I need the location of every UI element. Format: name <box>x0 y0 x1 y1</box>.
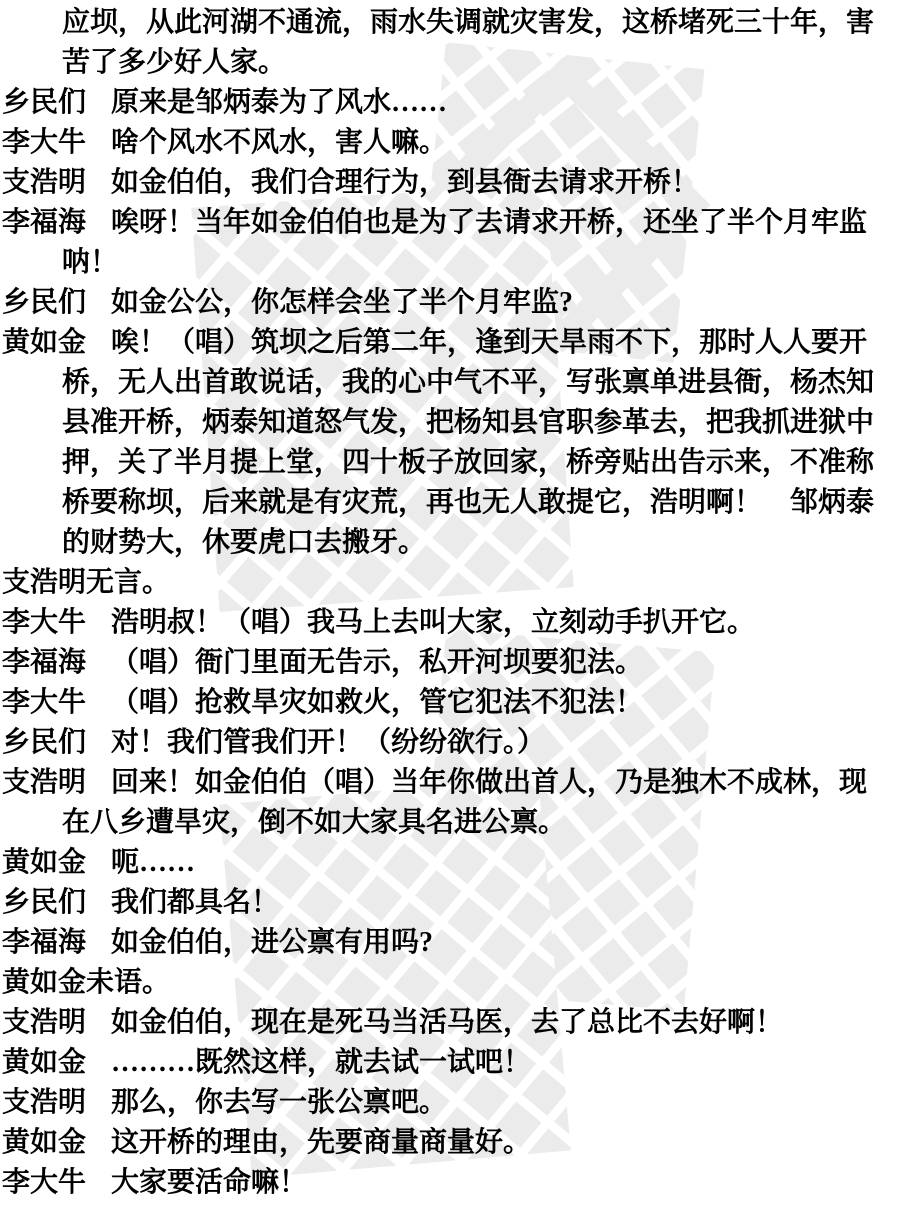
line-text: 呃…… <box>111 847 195 878</box>
dialogue-line: 乡民们我们都具名！ <box>2 883 884 923</box>
script-page: { "page": { "width": 900, "height": 1205… <box>0 0 900 1205</box>
speaker-name: 李福海 <box>2 923 111 963</box>
dialogue-line: 支浩明那么，你去写一张公禀吧。 <box>2 1083 884 1123</box>
dialogue-line: 李大牛浩明叔！（唱）我马上去叫大家，立刻动手扒开它。 <box>2 603 884 643</box>
dialogue-line: 李福海唉呀！当年如金伯伯也是为了去请求开桥，还坐了半个月牢监 <box>2 203 884 243</box>
line-text: 在八乡遭旱灾，倒不如大家具名进公禀。 <box>62 807 566 838</box>
dialogue-line: 乡民们对！我们管我们开！（纷纷欲行。） <box>2 723 884 763</box>
dialogue-line: 黄如金………既然这样，就去试一试吧！ <box>2 1043 884 1083</box>
line-text: 这开桥的理由，先要商量商量好。 <box>111 1127 531 1158</box>
dialogue-line: 支浩明如金伯伯，我们合理行为，到县衙去请求开桥！ <box>2 163 884 203</box>
line-text: 对！我们管我们开！（纷纷欲行。） <box>111 727 545 758</box>
wrapped-text-line: 桥，无人出首敢说话，我的心中气不平，写张禀单进县衙，杨杰知 <box>2 363 884 403</box>
line-text: 呐！ <box>62 247 118 278</box>
speaker-name: 黄如金 <box>2 843 111 883</box>
line-text: 桥要称坝，后来就是有灾荒，再也无人敢提它，浩明啊！ 邹炳泰 <box>62 487 874 518</box>
line-text: 县准开桥，炳泰知道怒气发，把杨知县官职参革去，把我抓进狱中 <box>62 407 874 438</box>
line-text: 押，关了半月提上堂，四十板子放回家，桥旁贴出告示来，不准称 <box>62 447 874 478</box>
speaker-name: 支浩明 <box>2 163 111 203</box>
dialogue-line: 李大牛啥个风水不风水，害人嘛。 <box>2 123 884 163</box>
dialogue-line: 黄如金这开桥的理由，先要商量商量好。 <box>2 1123 884 1163</box>
wrapped-text-line: 呐！ <box>2 243 884 283</box>
line-text: 大家要活命嘛！ <box>111 1167 307 1198</box>
line-text: 啥个风水不风水，害人嘛。 <box>111 127 447 158</box>
dialogue-line: 黄如金呃…… <box>2 843 884 883</box>
speaker-name: 黄如金 <box>2 1043 111 1083</box>
line-text: 回来！如金伯伯（唱）当年你做出首人，乃是独木不成林，现 <box>111 767 867 798</box>
speaker-name: 李大牛 <box>2 603 111 643</box>
line-text: 那么，你去写一张公禀吧。 <box>111 1087 447 1118</box>
line-text: 如金伯伯，现在是死马当活马医，去了总比不去好啊！ <box>111 1007 783 1038</box>
speaker-name: 乡民们 <box>2 883 111 923</box>
speaker-name: 黄如金 <box>2 323 111 363</box>
speaker-name: 李大牛 <box>2 123 111 163</box>
dialogue-line: 支浩明回来！如金伯伯（唱）当年你做出首人，乃是独木不成林，现 <box>2 763 884 803</box>
wrapped-text-line: 的财势大，休要虎口去搬牙。 <box>2 523 884 563</box>
line-text: 如金伯伯，进公禀有用吗? <box>111 927 433 958</box>
speaker-name: 乡民们 <box>2 283 111 323</box>
speaker-name: 乡民们 <box>2 83 111 123</box>
speaker-name: 支浩明 <box>2 1003 111 1043</box>
speaker-name: 李大牛 <box>2 683 111 723</box>
dialogue-line: 乡民们原来是邹炳泰为了风水…… <box>2 83 884 123</box>
line-text: （唱）抢救旱灾如救火，管它犯法不犯法！ <box>111 687 643 718</box>
script-body: 应坝，从此河湖不通流，雨水失调就灾害发，这桥堵死三十年，害苦了多少好人家。乡民们… <box>0 0 900 1205</box>
line-text: （唱）衙门里面无告示，私开河坝要犯法。 <box>111 647 643 678</box>
line-text: 黄如金未语。 <box>2 967 170 998</box>
stage-direction-line: 黄如金未语。 <box>2 963 884 1003</box>
line-text: 应坝，从此河湖不通流，雨水失调就灾害发，这桥堵死三十年，害 <box>62 7 874 38</box>
speaker-name: 李大牛 <box>2 1163 111 1203</box>
line-text: 浩明叔！（唱）我马上去叫大家，立刻动手扒开它。 <box>111 607 755 638</box>
line-text: 唉！（唱）筑坝之后第二年，逢到天旱雨不下，那时人人要开 <box>111 327 867 358</box>
line-text: 唉呀！当年如金伯伯也是为了去请求开桥，还坐了半个月牢监 <box>111 207 867 238</box>
dialogue-line: 李福海如金伯伯，进公禀有用吗? <box>2 923 884 963</box>
wrapped-text-line: 应坝，从此河湖不通流，雨水失调就灾害发，这桥堵死三十年，害 <box>2 3 884 43</box>
line-text: 原来是邹炳泰为了风水…… <box>111 87 447 118</box>
dialogue-line: 支浩明如金伯伯，现在是死马当活马医，去了总比不去好啊！ <box>2 1003 884 1043</box>
dialogue-line: 李大牛（唱）抢救旱灾如救火，管它犯法不犯法！ <box>2 683 884 723</box>
stage-direction-line: 支浩明无言。 <box>2 563 884 603</box>
wrapped-text-line: 县准开桥，炳泰知道怒气发，把杨知县官职参革去，把我抓进狱中 <box>2 403 884 443</box>
wrapped-text-line: 押，关了半月提上堂，四十板子放回家，桥旁贴出告示来，不准称 <box>2 443 884 483</box>
line-text: 苦了多少好人家。 <box>62 47 286 78</box>
speaker-name: 李福海 <box>2 643 111 683</box>
wrapped-text-line: 在八乡遭旱灾，倒不如大家具名进公禀。 <box>2 803 884 843</box>
line-text: 我们都具名！ <box>111 887 279 918</box>
speaker-name: 李福海 <box>2 203 111 243</box>
dialogue-line: 李福海（唱）衙门里面无告示，私开河坝要犯法。 <box>2 643 884 683</box>
speaker-name: 支浩明 <box>2 1083 111 1123</box>
dialogue-line: 李大牛大家要活命嘛！ <box>2 1163 884 1203</box>
speaker-name: 黄如金 <box>2 1123 111 1163</box>
speaker-name: 乡民们 <box>2 723 111 763</box>
line-text: 如金公公，你怎样会坐了半个月牢监? <box>111 287 573 318</box>
line-text: 如金伯伯，我们合理行为，到县衙去请求开桥！ <box>111 167 699 198</box>
line-text: 支浩明无言。 <box>2 567 170 598</box>
line-text: ………既然这样，就去试一试吧！ <box>111 1047 531 1078</box>
wrapped-text-line: 桥要称坝，后来就是有灾荒，再也无人敢提它，浩明啊！ 邹炳泰 <box>2 483 884 523</box>
dialogue-line: 乡民们如金公公，你怎样会坐了半个月牢监? <box>2 283 884 323</box>
line-text: 桥，无人出首敢说话，我的心中气不平，写张禀单进县衙，杨杰知 <box>62 367 874 398</box>
speaker-name: 支浩明 <box>2 763 111 803</box>
dialogue-line: 黄如金唉！（唱）筑坝之后第二年，逢到天旱雨不下，那时人人要开 <box>2 323 884 363</box>
wrapped-text-line: 苦了多少好人家。 <box>2 43 884 83</box>
line-text: 的财势大，休要虎口去搬牙。 <box>62 527 426 558</box>
